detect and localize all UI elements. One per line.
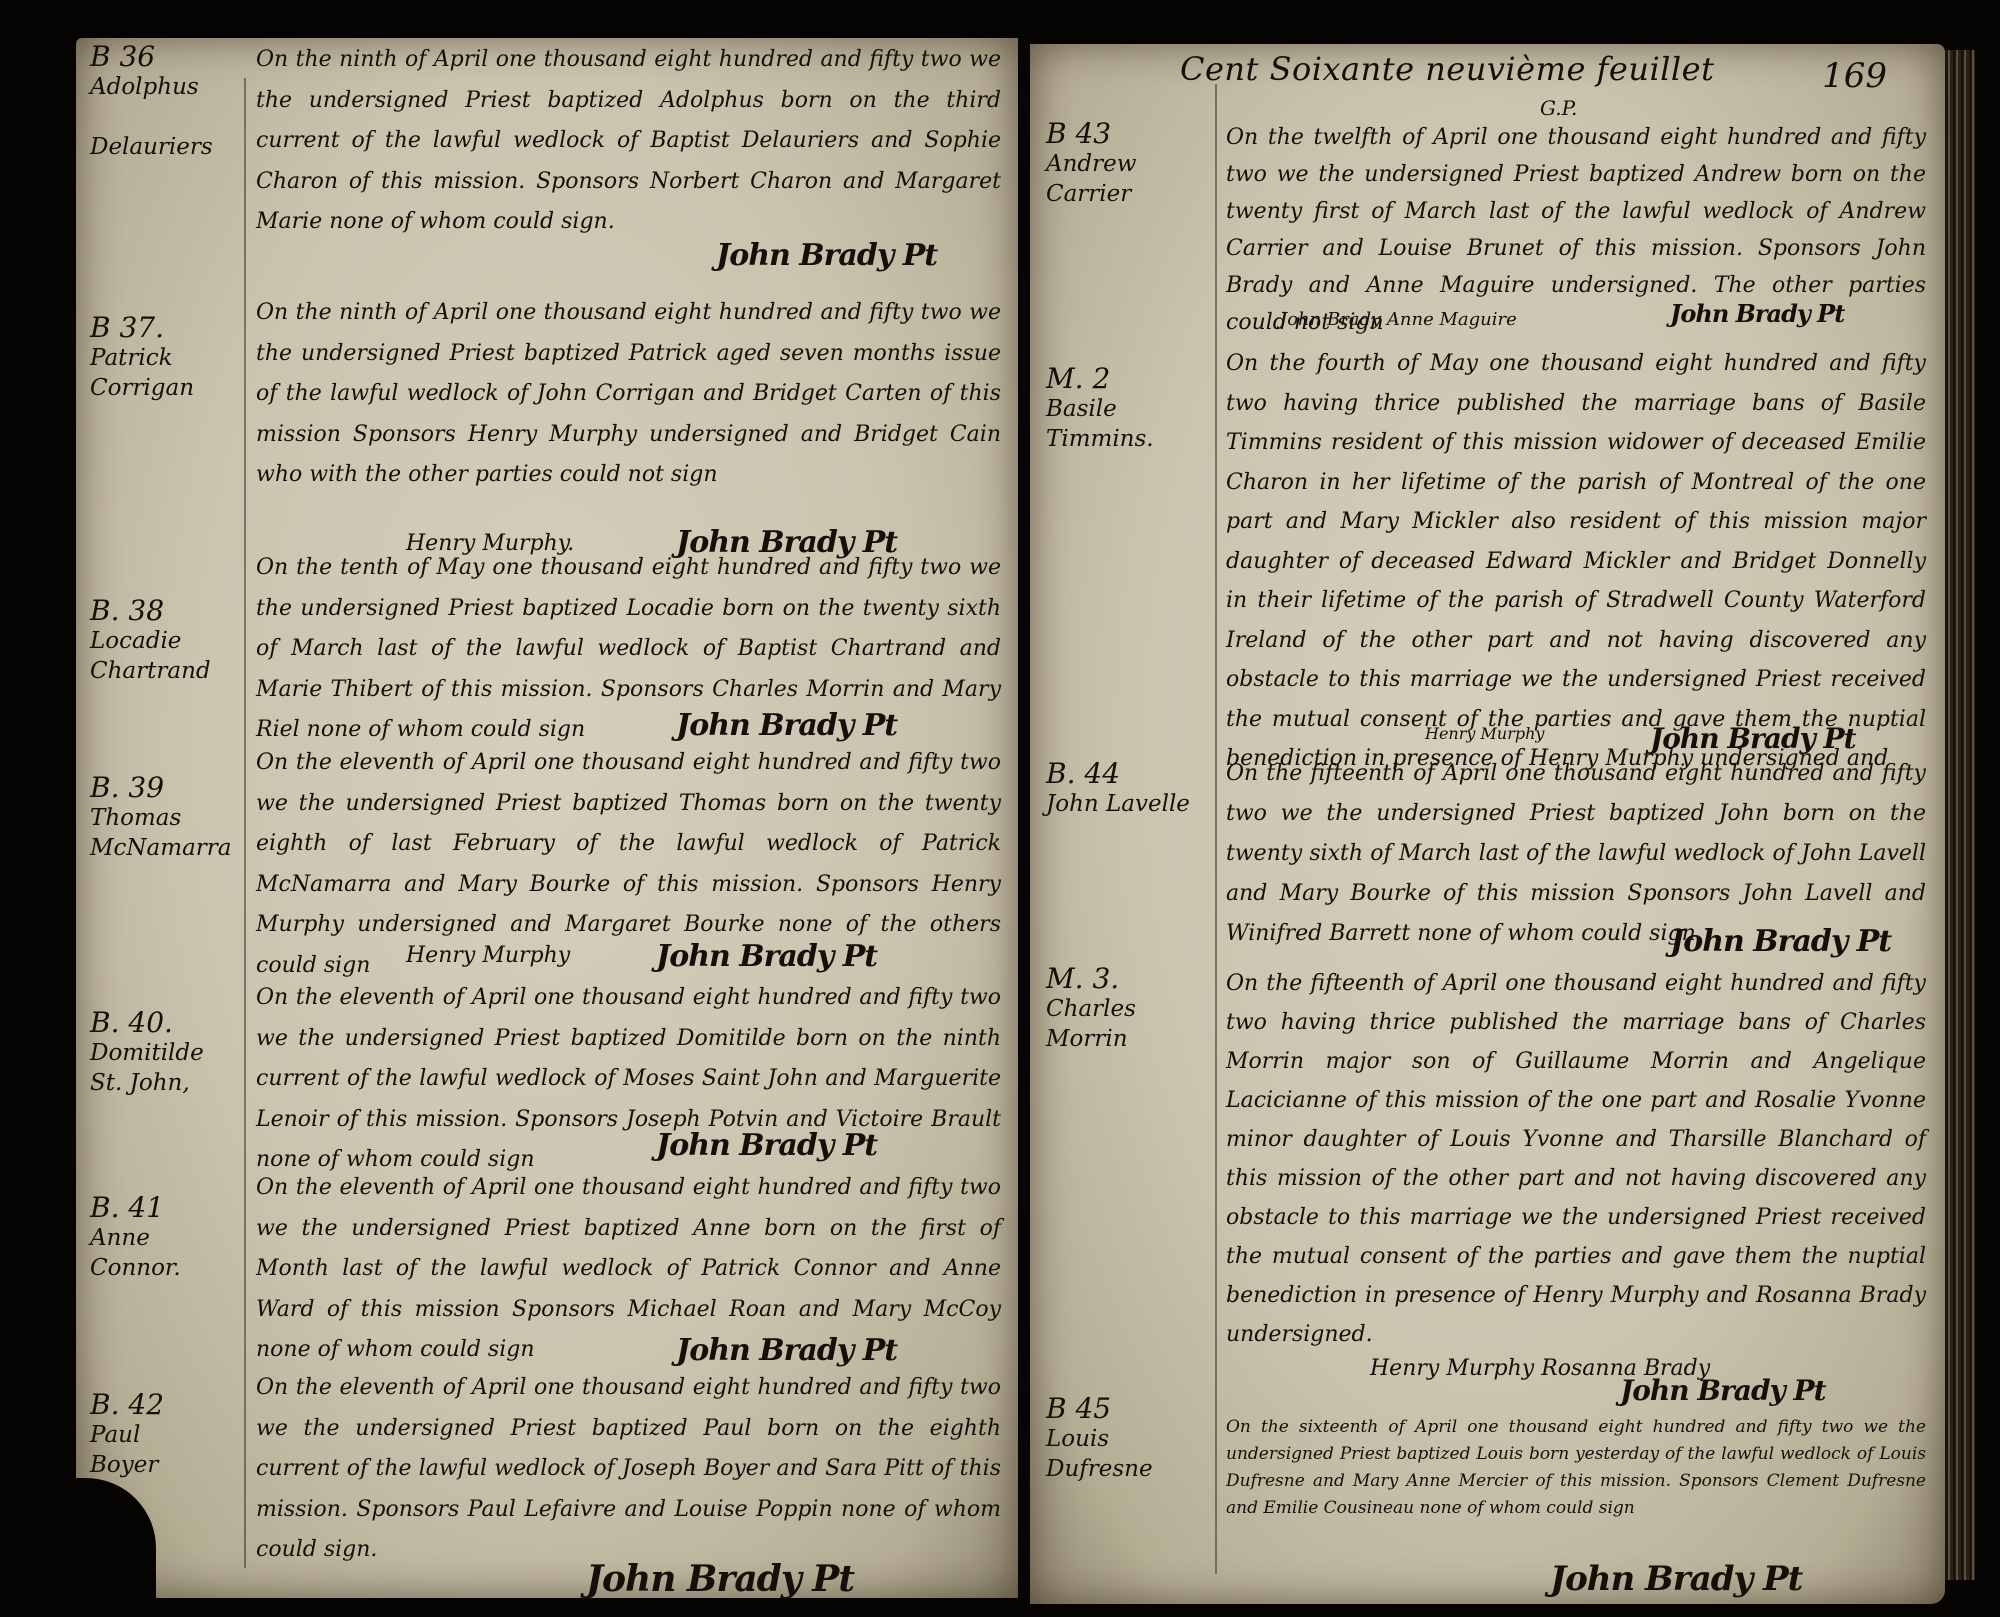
- margin-surname: McNamarra: [90, 835, 232, 861]
- margin-surname: Boyer: [90, 1452, 158, 1478]
- entry-margin: B. 41 Anne Connor.: [90, 1193, 240, 1283]
- entry-margin: B. 38 Locadie Chartrand: [90, 596, 240, 686]
- entry-margin: B. 42 Paul Boyer: [90, 1390, 240, 1480]
- priest-signature: John Brady Pt: [676, 708, 897, 743]
- entry-text: On the eleventh of April one thousand ei…: [256, 743, 1001, 986]
- entry-margin: B 43 Andrew Carrier: [1046, 119, 1211, 209]
- priest-signature: John Brady Pt: [656, 1128, 877, 1163]
- entry-margin: B 36 Adolphus Delauriers: [90, 42, 240, 162]
- entry-text: On the ninth of April one thousand eight…: [256, 293, 1001, 496]
- margin-given-name: Louis: [1046, 1426, 1109, 1452]
- margin-given-name: Domitilde: [90, 1040, 204, 1066]
- entry-number: B. 38: [90, 596, 240, 626]
- book-fore-edge: [1945, 50, 1975, 1580]
- page-header: Cent Soixante neuvième feuillet: [1180, 50, 1714, 88]
- entry-text: On the sixteenth of April one thousand e…: [1226, 1414, 1926, 1522]
- margin-surname: Morrin: [1046, 1026, 1128, 1052]
- margin-given-name: Anne: [90, 1225, 150, 1251]
- entry-number: B. 42: [90, 1390, 240, 1420]
- left-page: B 36 Adolphus Delauriers On the ninth of…: [76, 38, 1018, 1598]
- entry-margin: M. 2 Basile Timmins.: [1046, 364, 1211, 454]
- entry-number: B 37.: [90, 313, 240, 343]
- entry-margin: B. 40. Domitilde St. John,: [90, 1008, 240, 1098]
- entry-text: On the ninth of April one thousand eight…: [256, 40, 1001, 243]
- entry-number: B. 41: [90, 1193, 240, 1223]
- entry-number: B 36: [90, 42, 240, 72]
- priest-signature: John Brady Pt: [586, 1558, 854, 1600]
- priest-signature: John Brady Pt: [1670, 924, 1891, 959]
- entry-number: M. 2: [1046, 364, 1211, 394]
- entry-margin: B 37. Patrick Corrigan: [90, 313, 240, 403]
- priest-signature: John Brady Pt: [1670, 299, 1844, 328]
- witness-signature: John Brady Anne Maguire: [1280, 309, 1517, 330]
- margin-surname: Delauriers: [90, 134, 213, 160]
- margin-surname: St. John,: [90, 1070, 190, 1096]
- entry-number: B. 40.: [90, 1008, 240, 1038]
- priest-signature: John Brady Pt: [676, 1333, 897, 1368]
- entry-margin: B 45 Louis Dufresne: [1046, 1394, 1211, 1484]
- entry-number: B 43: [1046, 119, 1211, 149]
- margin-name: John Lavelle: [1046, 791, 1190, 817]
- margin-rule: [1215, 84, 1217, 1574]
- margin-given-name: Basile: [1046, 396, 1117, 422]
- entry-number: B 45: [1046, 1394, 1211, 1424]
- priest-signature: John Brady Pt: [1650, 722, 1856, 755]
- entry-text: On the fourth of May one thousand eight …: [1226, 344, 1926, 779]
- entry-text: On the eleventh of April one thousand ei…: [256, 978, 1001, 1181]
- priest-signature: John Brady Pt: [716, 238, 937, 273]
- margin-given-name: Charles: [1046, 996, 1136, 1022]
- folio-number: 169: [1822, 56, 1887, 96]
- register-book-spread: B 36 Adolphus Delauriers On the ninth of…: [0, 0, 2000, 1617]
- margin-surname: Connor.: [90, 1255, 181, 1281]
- right-page: Cent Soixante neuvième feuillet 169 G.P.…: [1030, 44, 1945, 1604]
- witness-signature: Henry Murphy: [1425, 724, 1544, 743]
- margin-surname: Timmins.: [1046, 426, 1154, 452]
- priest-signature: John Brady Pt: [1620, 1374, 1826, 1407]
- margin-given-name: Andrew: [1046, 151, 1136, 177]
- priest-signature: John Brady Pt: [1550, 1559, 1802, 1599]
- entry-margin: B. 44 John Lavelle: [1046, 759, 1211, 819]
- margin-given-name: Adolphus: [90, 74, 199, 100]
- initials-annotation: G.P.: [1540, 96, 1577, 120]
- margin-surname: Dufresne: [1046, 1456, 1153, 1482]
- priest-signature: John Brady Pt: [656, 939, 877, 974]
- margin-given-name: Thomas: [90, 805, 181, 831]
- witness-signature: Henry Murphy: [406, 943, 570, 968]
- margin-surname: Chartrand: [90, 658, 211, 684]
- margin-rule: [244, 78, 246, 1568]
- margin-surname: Corrigan: [90, 375, 194, 401]
- entry-number: M. 3.: [1046, 964, 1211, 994]
- margin-given-name: Paul: [90, 1422, 140, 1448]
- margin-surname: Carrier: [1046, 181, 1131, 207]
- margin-given-name: Locadie: [90, 628, 181, 654]
- entry-number: B. 44: [1046, 759, 1211, 789]
- entry-text: On the eleventh of April one thousand ei…: [256, 1368, 1001, 1571]
- book-gutter: [1018, 38, 1030, 1598]
- entry-margin: M. 3. Charles Morrin: [1046, 964, 1211, 1054]
- entry-text: On the fifteenth of April one thousand e…: [1226, 964, 1926, 1354]
- margin-given-name: Patrick: [90, 345, 173, 371]
- entry-number: B. 39: [90, 773, 240, 803]
- entry-margin: B. 39 Thomas McNamarra: [90, 773, 240, 863]
